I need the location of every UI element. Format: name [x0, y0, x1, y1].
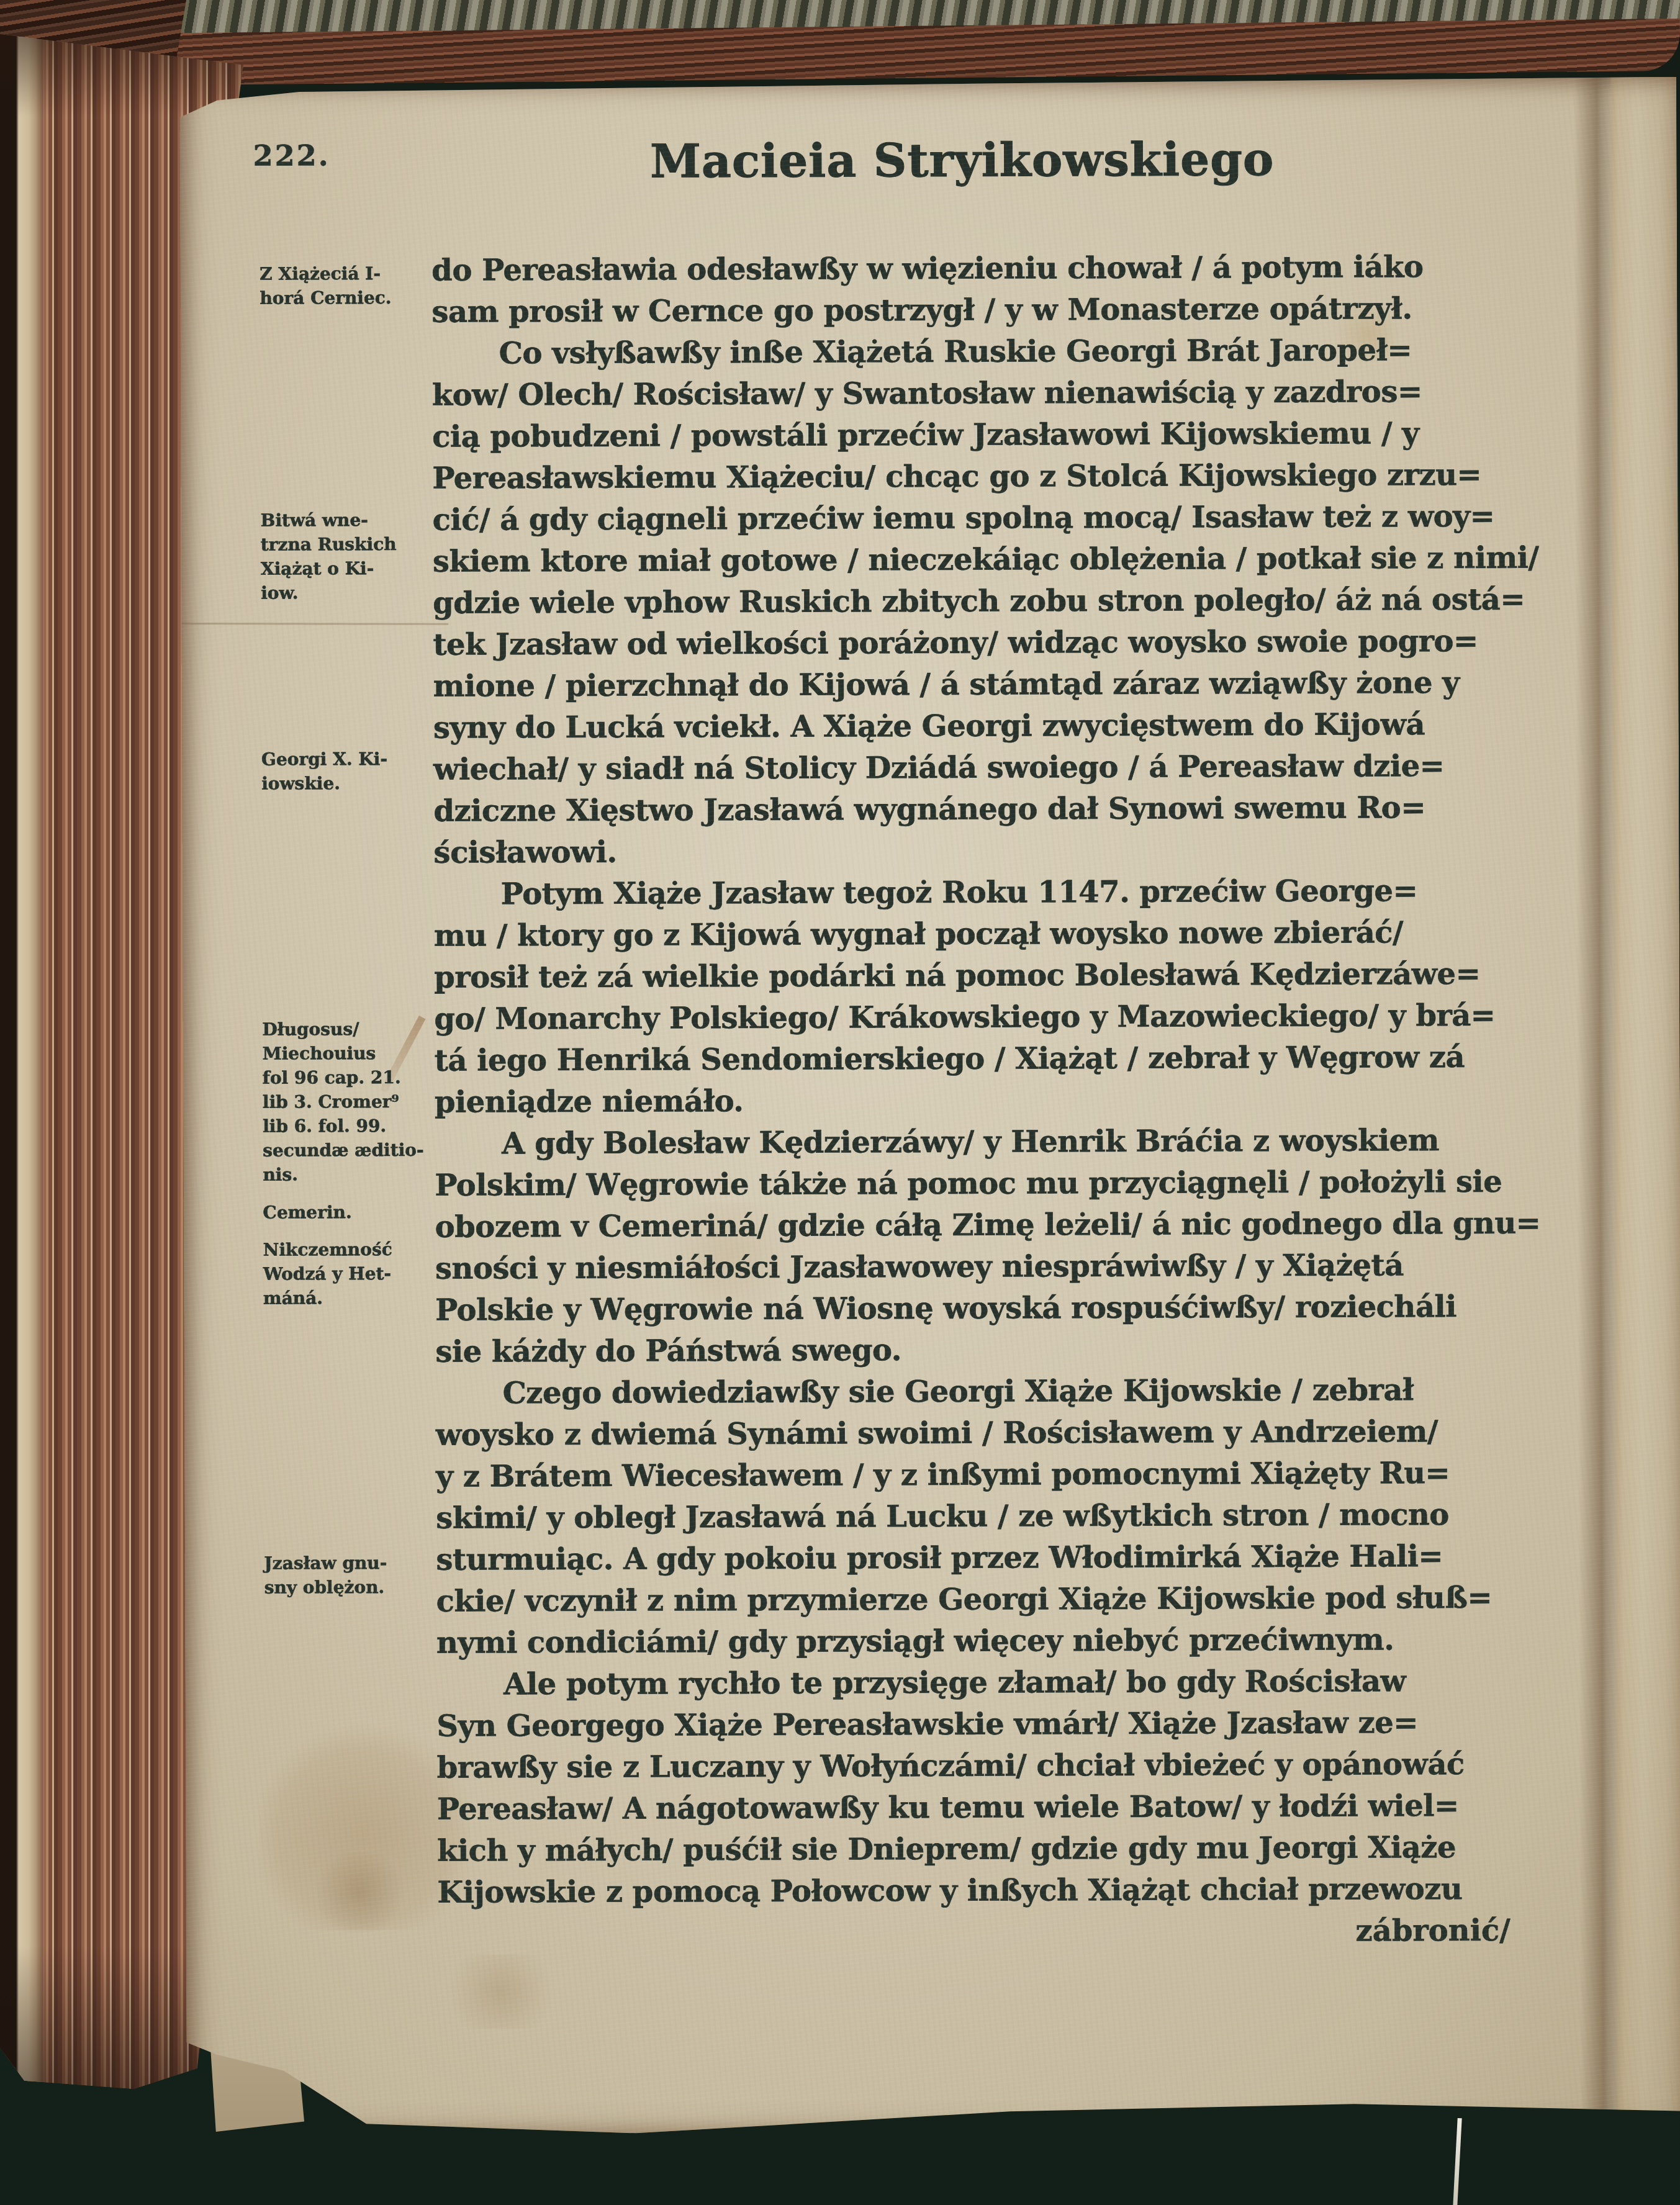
body-text-line: ckie/ vczynił z nim przymierze Georgi Xi… [436, 1577, 1509, 1623]
body-text-line: syny do Lucká vciekł. A Xiąże Georgi zwy… [433, 704, 1506, 749]
body-text-line: wiechał/ y siadł ná Stolicy Dziádá swoie… [433, 746, 1506, 791]
body-text-block: do Pereasławia odesławßy w więzieniu cho… [431, 246, 1510, 1914]
page-number: 222. [253, 138, 330, 172]
body-text-line: tek Jzasław od wielkości poráżony/ widzą… [433, 621, 1506, 666]
body-text-line: Polskie y Węgrowie ná Wiosnę woyská rosp… [435, 1286, 1508, 1332]
body-text-line: Pereasław/ A nágotowawßy ku temu wiele B… [437, 1785, 1510, 1831]
body-text-line: woysko z dwiemá Synámi swoimi / Rościsła… [436, 1411, 1509, 1456]
body-text-line: skiem ktore miał gotowe / nieczekáiąc ob… [433, 538, 1506, 583]
body-text-line: y z Brátem Wiecesławem / y z inßymi pomo… [436, 1453, 1509, 1498]
margin-note: Georgi X. Ki- iowskie. [261, 747, 428, 796]
body-text-line: Syn Georgego Xiąże Pereasławskie vmárł/ … [436, 1702, 1509, 1747]
margin-note-citation: Długosus/ Miechouius fol 96 cap. 21. lib… [262, 1017, 429, 1187]
paper-crease [181, 623, 448, 625]
margin-note: Jzasław gnu- sny oblężon. [264, 1551, 430, 1600]
body-text-line: sności y niesmiáłości Jzasławowey niespr… [435, 1245, 1508, 1290]
body-text-line: A gdy Bolesław Kędzierzáwy/ y Henrik Brá… [435, 1120, 1507, 1165]
body-text-line: kow/ Olech/ Rościsław/ y Swantosław nien… [432, 371, 1505, 417]
body-text-line: obozem v Cemeriná/ gdzie cáłą Zimę leżel… [435, 1203, 1508, 1248]
body-text-line: Polskim/ Węgrowie tákże ná pomoc mu przy… [435, 1161, 1507, 1207]
body-text-line: sie káżdy do Páństwá swego. [435, 1328, 1508, 1373]
margin-note: Nikczemność Wodzá y Het- máná. [263, 1237, 430, 1310]
catchword: zábronić/ [438, 1910, 1511, 1955]
body-text-line: dziczne Xięstwo Jzasławá wygnánego dał S… [433, 787, 1506, 832]
page-stain [436, 1954, 566, 2029]
body-text-line: Potym Xiąże Jzasław tegoż Roku 1147. prz… [434, 870, 1507, 916]
body-text-line: do Pereasławia odesławßy w więzieniu cho… [431, 246, 1504, 292]
body-text-line: Co vsłyßawßy inße Xiążetá Ruskie Georgi … [432, 330, 1505, 375]
body-text-line: brawßy sie z Luczany y Wołyńczámi/ chcia… [437, 1744, 1510, 1789]
binding-thread [1453, 2118, 1461, 2205]
body-text-line: nymi condiciámi/ gdy przysiągł więcey ni… [436, 1619, 1509, 1664]
book-scan-photo: 222. Macieia Stryikowskiego Z Xiążeciá I… [0, 0, 1680, 2205]
body-text-line: prosił też zá wielkie podárki ná pomoc B… [434, 954, 1507, 999]
body-text-line: sturmuiąc. A gdy pokoiu prosił przez Wło… [436, 1536, 1509, 1581]
book-page: 222. Macieia Stryikowskiego Z Xiążeciá I… [179, 77, 1680, 2137]
margin-note: Cemerin. [263, 1200, 430, 1225]
body-text-line: pieniądze niemáło. [435, 1078, 1507, 1124]
running-title: Macieia Stryikowskiego [422, 132, 1502, 189]
body-text-line: cią pobudzeni / powstáli przećiw Jzasław… [432, 413, 1505, 458]
body-text-line: mu / ktory go z Kijowá wygnał począł woy… [434, 912, 1507, 957]
body-text-line: ścisławowi. [433, 829, 1506, 874]
body-text-line: Czego dowiedziawßy sie Georgi Xiąże Kijo… [435, 1369, 1508, 1415]
margin-note: Bitwá wne- trzna Ruskich Xiążąt o Ki- io… [261, 508, 428, 605]
margin-note: Z Xiążeciá I- horá Cerniec. [260, 261, 426, 310]
body-text-line: skimi/ y obległ Jzasławá ná Lucku / ze w… [436, 1494, 1509, 1540]
body-text-line: Kijowskie z pomocą Połowcow y inßych Xią… [437, 1869, 1510, 1914]
adjacent-page-sliver [1610, 77, 1680, 2132]
body-text-line: Pereasławskiemu Xiążeciu/ chcąc go z Sto… [432, 454, 1505, 500]
body-text-line: go/ Monarchy Polskiego/ Krákowskiego y M… [434, 995, 1507, 1040]
body-text-line: tá iego Henriká Sendomierskiego / Xiążąt… [435, 1037, 1507, 1082]
body-text-line: mione / pierzchnął do Kijowá / á stámtąd… [433, 662, 1506, 708]
body-text-line: cić/ á gdy ciągneli przećiw iemu spolną … [433, 496, 1506, 541]
page-stain [310, 1852, 409, 1933]
body-text-line: kich y máłych/ puśćił sie Dnieprem/ gdzi… [437, 1827, 1510, 1872]
body-text-line: sam prosił w Cernce go postrzygł / y w M… [431, 288, 1504, 333]
body-text-line: gdzie wiele vphow Ruskich zbitych zobu s… [433, 579, 1506, 625]
body-text-line: Ale potym rychło te przysięge złamał/ bo… [436, 1661, 1509, 1706]
